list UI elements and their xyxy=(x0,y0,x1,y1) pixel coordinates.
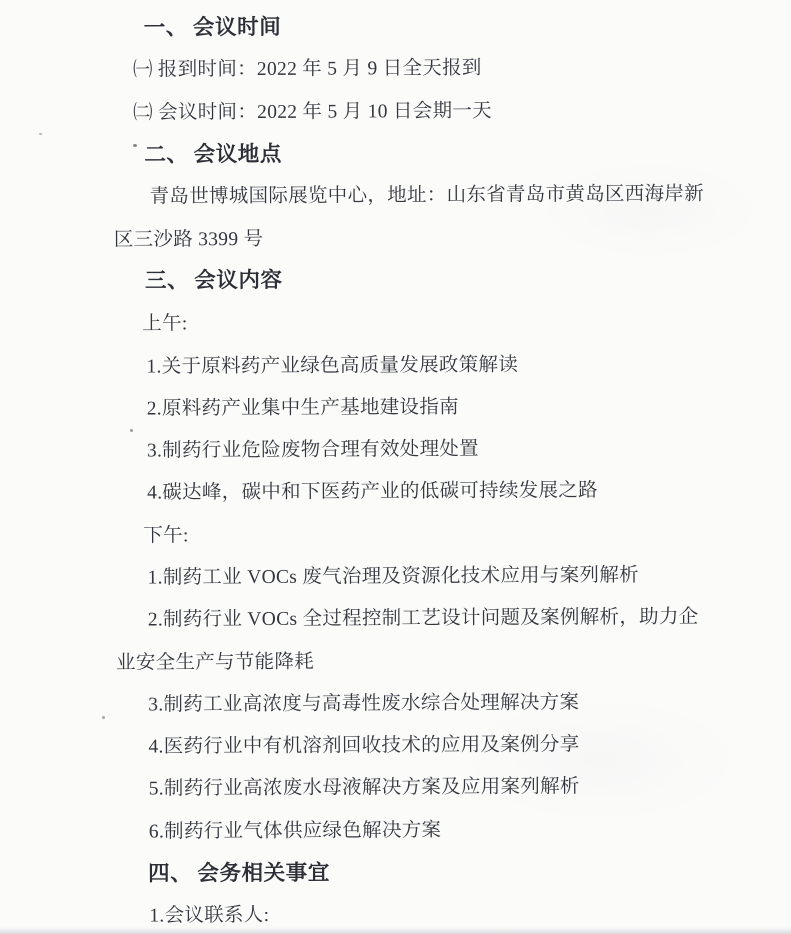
checkin-time-line: ㈠ 报到时间：2022 年 5 月 9 日全天报到 xyxy=(113,44,773,90)
scan-speck xyxy=(133,144,137,147)
morning-item-1: 1.关于原料药产业绿色高质量发展政策解读 xyxy=(114,340,774,386)
section-1-title: 会议时间 xyxy=(193,9,282,40)
scanned-document-page: 一、 会议时间 ㈠ 报到时间：2022 年 5 月 9 日全天报到 ㈡ 会议时间… xyxy=(0,0,791,934)
section-1-heading: 一、 会议时间 xyxy=(113,1,773,47)
afternoon-item-3: 3.制药工业高浓度与高毒性废水综合处理解决方案 xyxy=(116,678,776,724)
meeting-time-line: ㈡ 会议时间：2022 年 5 月 10 日会期一天 xyxy=(113,86,773,132)
scan-bottom-edge-shadow xyxy=(0,927,791,934)
section-2-heading: 二、 会议地点 xyxy=(113,128,773,174)
scan-speck xyxy=(102,716,105,719)
venue-address-line-2: 区三沙路 3399 号 xyxy=(114,213,774,259)
morning-item-3: 3.制药行业危险废物合理有效处理处置 xyxy=(115,424,775,470)
afternoon-label: 下午: xyxy=(115,509,775,555)
section-1-number: 一、 xyxy=(144,10,188,41)
morning-item-4: 4.碳达峰，碳中和下医药产业的低碳可持续发展之路 xyxy=(115,467,775,513)
section-4-heading: 四、 会务相关事宜 xyxy=(117,847,777,893)
afternoon-item-1: 1.制药工业 VOCs 废气治理及资源化技术应用与案列解析 xyxy=(115,551,775,597)
afternoon-item-2-line-1: 2.制药行业 VOCs 全过程控制工艺设计问题及案例解析，助力企 xyxy=(116,593,776,639)
morning-item-2: 2.原料药产业集中生产基地建设指南 xyxy=(115,382,775,428)
afternoon-item-5: 5.制药行业高浓废水母液解决方案及应用案列解析 xyxy=(117,763,777,809)
section-4-number: 四、 xyxy=(148,856,192,887)
afternoon-item-4: 4.医药行业中有机溶剂回收技术的应用及案例分享 xyxy=(116,720,776,766)
section-4-title: 会务相关事宜 xyxy=(197,855,330,887)
section-2-title: 会议地点 xyxy=(193,136,282,167)
section-2-number: 二、 xyxy=(144,137,188,168)
venue-address-line-1: 青岛世博城国际展览中心，地址：山东省青岛市黄岛区西海岸新 xyxy=(113,170,773,216)
section-3-number: 三、 xyxy=(145,264,189,295)
scan-speck xyxy=(130,429,133,432)
afternoon-item-2-line-2: 业安全生产与节能降耗 xyxy=(116,636,776,682)
document-body: 一、 会议时间 ㈠ 报到时间：2022 年 5 月 9 日全天报到 ㈡ 会议时间… xyxy=(113,0,778,934)
section-3-title: 会议内容 xyxy=(194,263,283,294)
morning-label: 上午: xyxy=(114,297,774,343)
section-3-heading: 三、 会议内容 xyxy=(114,255,774,301)
afternoon-item-6: 6.制药行业气体供应绿色解决方案 xyxy=(117,805,777,851)
scan-speck xyxy=(39,133,42,135)
